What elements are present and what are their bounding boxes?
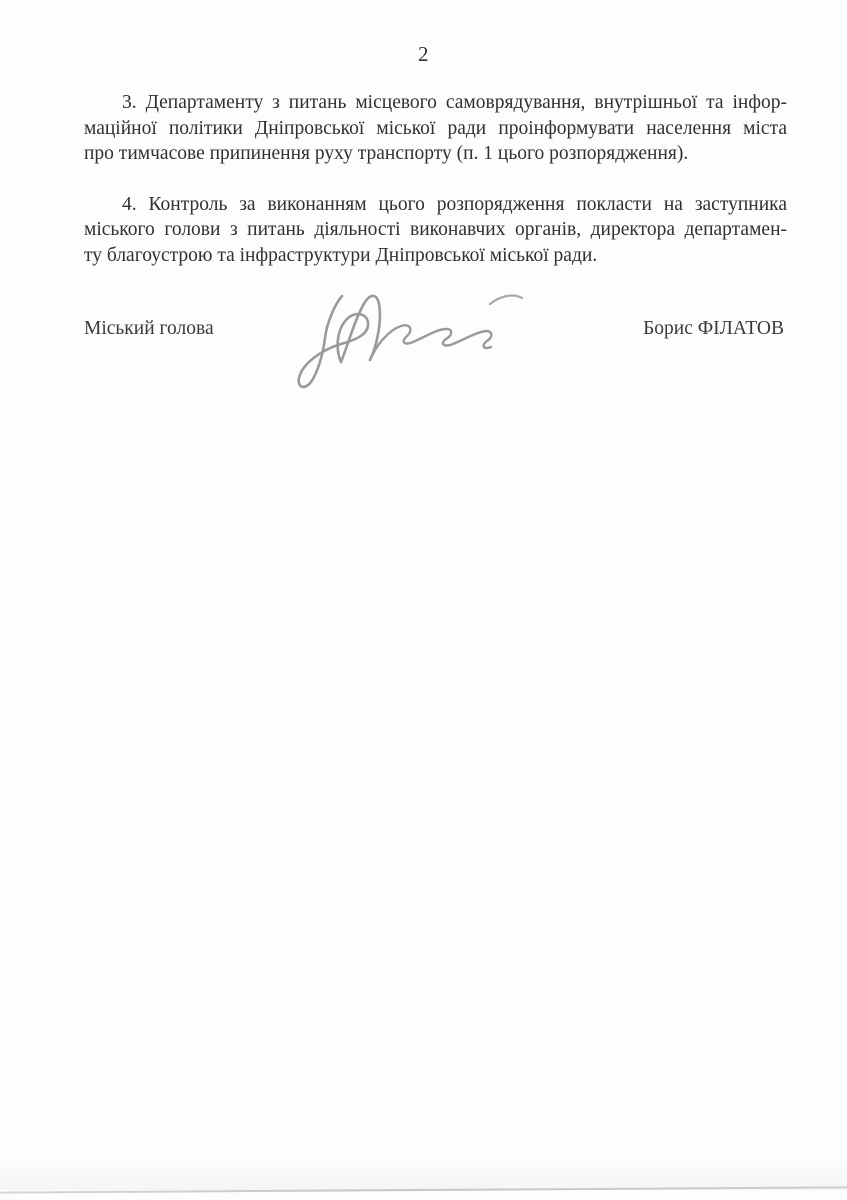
paragraph-3-line-1: 3. Департаменту з питань місцевого самов… [84, 90, 787, 116]
paragraph-3-line-3: про тимчасове припинення руху транспорту… [84, 141, 787, 167]
scan-bottom-shading [0, 1160, 847, 1190]
paragraph-4-line-1: 4. Контроль за виконанням цього розпоряд… [84, 192, 787, 218]
paragraph-3: 3. Департаменту з питань місцевого самов… [84, 90, 787, 167]
scanned-document-page: 2 3. Департаменту з питань місцевого сам… [0, 0, 847, 1200]
document-body: 3. Департаменту з питань місцевого самов… [84, 90, 787, 289]
handwritten-signature [285, 278, 535, 398]
paragraph-4: 4. Контроль за виконанням цього розпоряд… [84, 192, 787, 269]
signatory-title: Міський голова [84, 318, 214, 340]
paragraph-4-line-2: міського голови з питань діяльності вико… [84, 217, 787, 243]
page-number: 2 [0, 42, 847, 67]
paragraph-4-line-3: ту благоустрою та інфраструктури Дніпров… [84, 243, 787, 269]
signatory-name: Борис ФІЛАТОВ [643, 318, 784, 340]
paragraph-3-line-2: маційної політики Дніпровської міської р… [84, 116, 787, 142]
